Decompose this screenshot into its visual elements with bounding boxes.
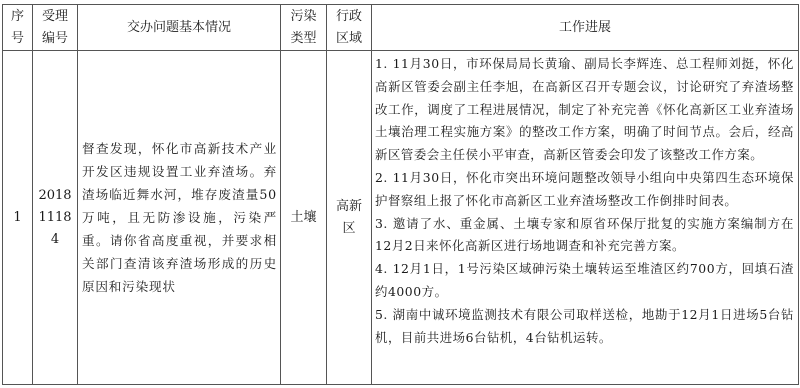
progress-item-2: 2. 11月30日，怀化市突出环境问题整改领导小组向中央第四生态环境保护督察组上… — [375, 167, 794, 213]
header-seq: 序号 — [3, 5, 33, 51]
progress-item-5: 5. 湖南中诚环境监测技术有限公司取样送检，地勘于12月1日进场5台钻机，目前共… — [375, 304, 794, 350]
cell-progress: 1. 11月30日，市环保局局长黄瑜、副局长李辉连、总工程师刘挺，怀化高新区管委… — [372, 51, 799, 385]
header-pollution-type: 污染类型 — [281, 5, 327, 51]
cell-case-no: 201811184 — [33, 51, 78, 385]
header-row: 序号 受理编号 交办问题基本情况 污染类型 行政区域 工作进展 — [3, 5, 799, 51]
rectification-progress-table: 序号 受理编号 交办问题基本情况 污染类型 行政区域 工作进展 1 201811… — [2, 4, 799, 385]
progress-item-1: 1. 11月30日，市环保局局长黄瑜、副局长李辉连、总工程师刘挺，怀化高新区管委… — [375, 53, 794, 167]
cell-issue: 督查发现，怀化市高新技术产业开发区违规设置工业弃渣场。弃渣场临近舞水河，堆存废渣… — [78, 51, 281, 385]
cell-pollution-type: 土壤 — [281, 51, 327, 385]
header-case-no: 受理编号 — [33, 5, 78, 51]
header-progress: 工作进展 — [372, 5, 799, 51]
table-row: 1 201811184 督查发现，怀化市高新技术产业开发区违规设置工业弃渣场。弃… — [3, 51, 799, 385]
header-issue: 交办问题基本情况 — [78, 5, 281, 51]
header-district: 行政区域 — [327, 5, 372, 51]
progress-item-4: 4. 12月1日，1号污染区域砷污染土壤转运至堆渣区约700方，回填石渣约400… — [375, 258, 794, 304]
cell-district: 高新区 — [327, 51, 372, 385]
progress-item-3: 3. 邀请了水、重金属、土壤专家和原省环保厅批复的实施方案编制方在12月2日来怀… — [375, 213, 794, 259]
cell-seq: 1 — [3, 51, 33, 385]
